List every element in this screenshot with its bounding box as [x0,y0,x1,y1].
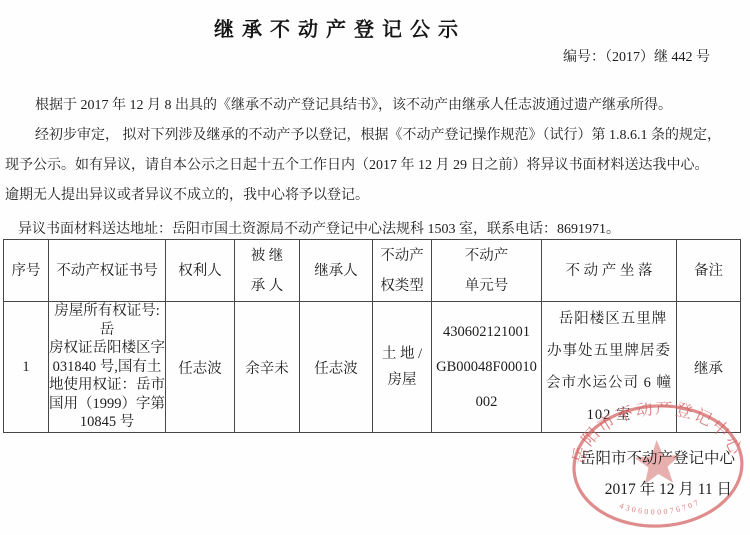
seal-number: 4306000076707 [618,497,703,519]
signature-date: 2017 年 12 月 11 日 [605,477,732,499]
col-header-heir: 继承人 [300,240,373,302]
col-header-remarks: 备注 [677,240,741,302]
cell-property-type: 土 地 / 房屋 [373,302,432,433]
col-header-certificate-no: 不动产权证书号 [49,240,166,302]
col-header-serial: 序号 [4,240,49,302]
table-header-row: 序号 不动产权证书号 权利人 被 继 承 人 继承人 不动产 权类型 不动产 单… [4,240,741,302]
cell-right-holder: 任志波 [166,302,235,433]
col-header-decedent: 被 继 承 人 [235,240,300,302]
cell-serial: 1 [4,302,49,433]
cell-decedent: 余辛未 [235,302,300,433]
paragraph-review-objection: 经初步审定， 拟对下列涉及继承的不动产予以登记，根据《不动产登记操作规范》（试行… [5,121,750,211]
cell-certificate-no: 房屋所有权证号:岳 房权证岳阳楼区字 031840 号,国有土 地使用权证：岳市… [49,302,166,433]
signature-organization: 岳阳市不动产登记中心 [580,446,735,468]
svg-text:4306000076707: 4306000076707 [618,497,703,519]
document-number: 编号：（2017）继 442 号 [563,46,710,66]
paragraph-basis: 根据于 2017 年 12 月 8 出具的《继承不动产登记具结书》，该不动产由继… [5,91,750,121]
col-header-location: 不 动 产 坐 落 [542,240,677,302]
cell-heir: 任志波 [300,302,373,433]
col-header-property-type: 不动产 权类型 [373,240,432,302]
col-header-unit-no: 不动产 单元号 [432,240,542,302]
page-title: 继承不动产登记公示 [0,13,680,42]
col-header-right-holder: 权利人 [166,240,235,302]
notice-document-page: 继承不动产登记公示 编号：（2017）继 442 号 根据于 2017 年 12… [0,0,750,535]
cell-unit-no: 430602121001 GB00048F00010 002 [432,302,542,433]
